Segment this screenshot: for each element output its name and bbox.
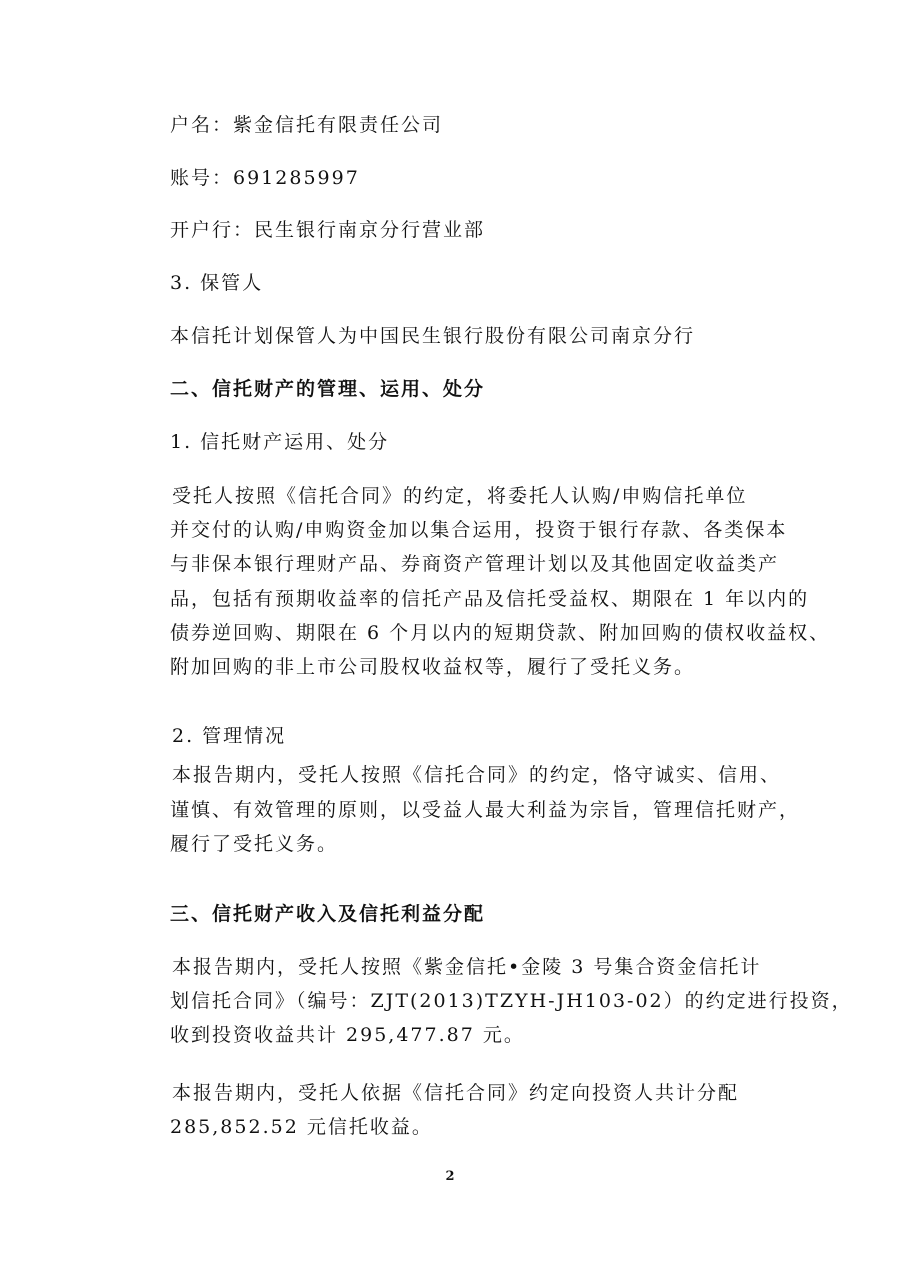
paragraph-line: 285,852.52 元信托收益。 <box>170 1112 433 1139</box>
subheading-custodian: 3. 保管人 <box>170 268 263 295</box>
paragraph-line: 附加回购的非上市公司股权收益权等，履行了受托义务。 <box>170 652 695 679</box>
paragraph-line: 品，包括有预期收益率的信托产品及信托受益权、期限在 1 年以内的 <box>170 584 809 611</box>
paragraph-line: 本报告期内，受托人按照《紫金信托•金陵 3 号集合资金信托计 <box>172 952 761 979</box>
paragraph-line: 收到投资收益共计 295,477.87 元。 <box>170 1020 525 1047</box>
paragraph-line: 划信托合同》（编号：ZJT(2013)TZYH-JH103-02）的约定进行投资… <box>170 986 853 1013</box>
paragraph-line: 本报告期内，受托人按照《信托合同》的约定，恪守诚实、信用、 <box>172 760 781 787</box>
opening-bank: 开户行：民生银行南京分行营业部 <box>170 215 485 242</box>
paragraph-line: 与非保本银行理财产品、券商资产管理计划以及其他固定收益类产 <box>170 549 779 576</box>
subheading-use: 1. 信托财产运用、处分 <box>170 427 389 454</box>
paragraph-line: 本报告期内，受托人依据《信托合同》约定向投资人共计分配 <box>172 1078 739 1105</box>
custodian-text: 本信托计划保管人为中国民生银行股份有限公司南京分行 <box>170 321 695 348</box>
paragraph-line: 谨慎、有效管理的原则，以受益人最大利益为宗旨，管理信托财产， <box>170 795 800 822</box>
paragraph-line: 债券逆回购、期限在 6 个月以内的短期贷款、附加回购的债权收益权、 <box>170 618 830 645</box>
paragraph-line: 受托人按照《信托合同》的约定，将委托人认购/申购信托单位 <box>172 481 747 508</box>
paragraph-line: 并交付的认购/申购资金加以集合运用，投资于银行存款、各类保本 <box>170 515 787 542</box>
page-number: 2 <box>0 1169 900 1184</box>
account-number: 账号：691285997 <box>170 163 360 190</box>
section-heading-3: 三、信托财产收入及信托利益分配 <box>170 899 485 926</box>
account-name: 户名：紫金信托有限责任公司 <box>170 110 443 137</box>
section-heading-2: 二、信托财产的管理、运用、处分 <box>170 374 485 401</box>
subheading-management: 2. 管理情况 <box>172 721 286 748</box>
paragraph-line: 履行了受托义务。 <box>170 829 338 856</box>
